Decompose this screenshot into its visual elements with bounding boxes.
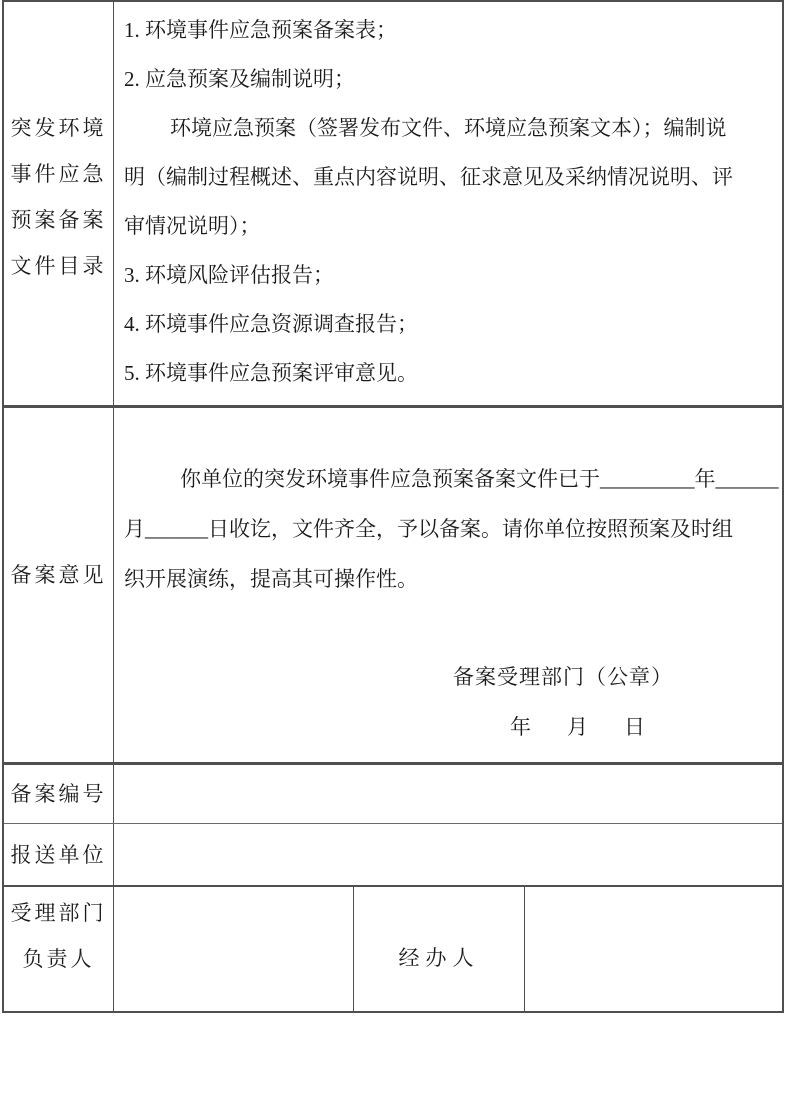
opinion-paragraph-line: 你单位的突发环境事件应急预案备案文件已于_________年______ bbox=[114, 454, 782, 504]
catalog-item-5: 5. 环境事件应急预案评审意见。 bbox=[124, 349, 774, 398]
date-signature-line: 年 月 日 bbox=[114, 702, 782, 752]
catalog-item-2: 2. 应急预案及编制说明； bbox=[124, 55, 774, 104]
catalog-row-header: 突发环境 事件应急 预案备案 文件目录 bbox=[4, 2, 114, 405]
catalog-header-line: 预案备案 bbox=[11, 197, 107, 243]
operator-label: 经办人 bbox=[399, 942, 480, 972]
catalog-item-1: 1. 环境事件应急预案备案表； bbox=[124, 6, 774, 55]
catalog-item-2-note-line: 审情况说明）； bbox=[124, 202, 774, 251]
catalog-item-2-note-line: 环境应急预案（签署发布文件、环境应急预案文本）；编制说 bbox=[124, 104, 774, 153]
row-filing-number: 备案编号 bbox=[4, 762, 782, 823]
catalog-item-3: 3. 环境风险评估报告； bbox=[124, 251, 774, 300]
opinion-row-header: 备案意见 bbox=[4, 408, 114, 762]
operator-label-cell: 经办人 bbox=[354, 887, 525, 1011]
submitting-unit-input-cell[interactable] bbox=[114, 824, 782, 885]
responsible-person-input-cell[interactable] bbox=[114, 887, 354, 1011]
operator-input-cell[interactable] bbox=[525, 887, 782, 1011]
filing-number-input-cell[interactable] bbox=[114, 765, 782, 823]
stamp-signature-line: 备案受理部门（公章） bbox=[114, 652, 782, 702]
date-month-label: 月 bbox=[567, 702, 588, 752]
row-opinion: 备案意见 你单位的突发环境事件应急预案备案文件已于_________年_____… bbox=[4, 405, 782, 762]
catalog-item-2-note-line: 明（编制过程概述、重点内容说明、征求意见及采纳情况说明、评 bbox=[124, 153, 774, 202]
opinion-paragraph-line: 月______日收讫，文件齐全，予以备案。请你单位按照预案及时组 bbox=[114, 504, 782, 554]
catalog-header-line: 事件应急 bbox=[11, 151, 107, 197]
row-submitting-unit: 报送单位 bbox=[4, 823, 782, 885]
filing-number-header: 备案编号 bbox=[4, 765, 114, 823]
responsible-person-label-line: 负责人 bbox=[23, 936, 95, 982]
responsible-person-label-line: 受理部门 bbox=[11, 890, 107, 936]
submitting-unit-header: 报送单位 bbox=[4, 824, 114, 885]
row-catalog: 突发环境 事件应急 预案备案 文件目录 1. 环境事件应急预案备案表； 2. 应… bbox=[4, 2, 782, 405]
submitting-unit-label: 报送单位 bbox=[11, 832, 107, 878]
catalog-item-4: 4. 环境事件应急资源调查报告； bbox=[124, 300, 774, 349]
catalog-content-cell: 1. 环境事件应急预案备案表； 2. 应急预案及编制说明； 环境应急预案（签署发… bbox=[114, 2, 782, 405]
filing-number-label: 备案编号 bbox=[11, 771, 107, 817]
opinion-paragraph-line: 织开展演练，提高其可操作性。 bbox=[114, 554, 782, 604]
responsible-person-header: 受理部门 负责人 bbox=[4, 887, 114, 1011]
date-day-label: 日 bbox=[624, 702, 645, 752]
catalog-header-line: 突发环境 bbox=[11, 105, 107, 151]
row-handlers: 受理部门 负责人 经办人 bbox=[4, 885, 782, 1011]
filing-form-table: 突发环境 事件应急 预案备案 文件目录 1. 环境事件应急预案备案表； 2. 应… bbox=[2, 0, 784, 1013]
date-year-label: 年 bbox=[510, 702, 531, 752]
opinion-content-cell: 你单位的突发环境事件应急预案备案文件已于_________年______ 月__… bbox=[114, 408, 782, 762]
catalog-header-line: 文件目录 bbox=[11, 243, 107, 289]
opinion-header-label: 备案意见 bbox=[11, 552, 107, 598]
